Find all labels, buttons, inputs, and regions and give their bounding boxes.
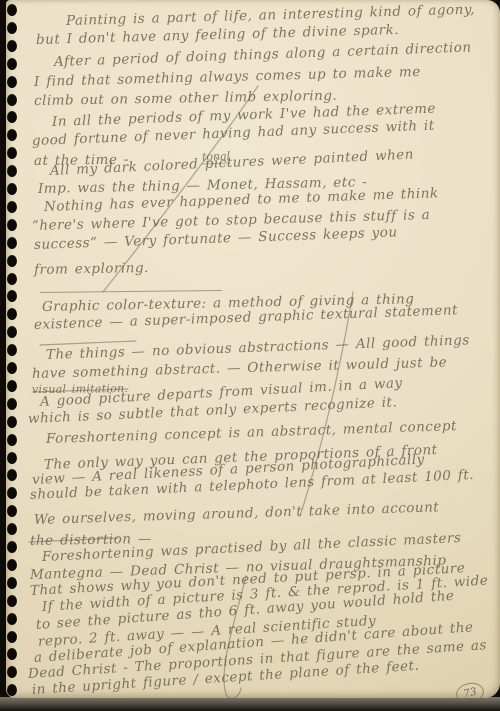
spiral-binding-hole: [7, 505, 17, 517]
spiral-binding-hole: [7, 666, 17, 678]
spiral-binding-hole: [7, 648, 17, 660]
spiral-binding-hole: [7, 595, 17, 607]
spiral-binding-hole: [7, 273, 17, 285]
spiral-binding-hole: [7, 147, 17, 159]
spiral-binding-hole: [7, 434, 17, 446]
spiral-binding-hole: [7, 237, 17, 249]
spiral-binding-hole: [7, 129, 17, 141]
scan-background-table-edge: [0, 697, 500, 711]
spiral-binding-hole: [7, 416, 17, 428]
spiral-binding-hole: [7, 541, 17, 553]
spiral-binding-hole: [7, 308, 17, 320]
section-divider-line: [40, 290, 222, 293]
spiral-binding-hole: [7, 362, 17, 374]
handwritten-line: We ourselves, moving around, don't take …: [34, 499, 440, 528]
spiral-binding-hole: [7, 165, 17, 177]
spiral-binding-hole: [7, 58, 17, 70]
spiral-binding-hole: [7, 631, 17, 643]
spiral-binding-hole: [7, 76, 17, 88]
spiral-binding-hole: [7, 40, 17, 52]
spiral-binding-hole: [7, 290, 17, 302]
spiral-binding-hole: [7, 94, 17, 106]
handwritten-line: from exploring.: [34, 260, 149, 278]
spiral-binding-hole: [7, 577, 17, 589]
notebook-page: Painting is a part of life, an interesti…: [6, 0, 500, 698]
spiral-binding-hole: [7, 487, 17, 499]
spiral-binding-hole: [7, 326, 17, 338]
scanned-notebook-page: Painting is a part of life, an interesti…: [0, 0, 500, 711]
spiral-binding-hole: [7, 613, 17, 625]
spiral-binding-hole: [7, 559, 17, 571]
spiral-binding-hole: [7, 22, 17, 34]
spiral-binding-hole: [7, 183, 17, 195]
spiral-binding-hole: [7, 469, 17, 481]
spiral-binding-hole: [7, 201, 17, 213]
spiral-binding-hole: [7, 380, 17, 392]
spiral-binding-hole: [7, 523, 17, 535]
spiral-binding-hole: [7, 219, 17, 231]
spiral-binding-hole: [7, 684, 17, 696]
spiral-binding-hole: [7, 344, 17, 356]
page-number: 73: [454, 680, 486, 698]
spiral-binding-hole: [7, 398, 17, 410]
spiral-binding-hole: [7, 4, 17, 16]
spiral-binding-hole: [7, 255, 17, 267]
spiral-binding-hole: [7, 452, 17, 464]
spiral-binding-hole: [7, 111, 17, 123]
